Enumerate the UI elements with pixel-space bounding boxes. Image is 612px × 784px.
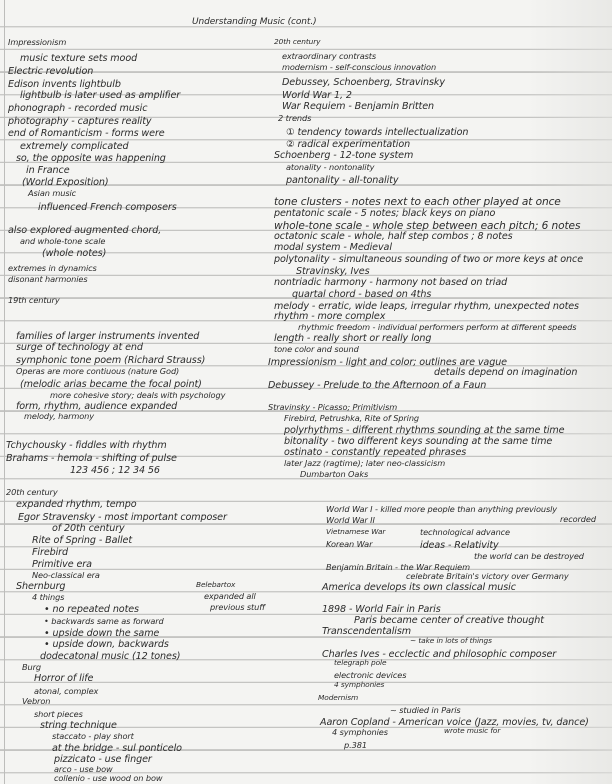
note-line: wrote music for bbox=[444, 726, 500, 735]
note-line: bitonality - two different keys sounding… bbox=[284, 436, 552, 447]
note-line: 4 symphonies bbox=[332, 727, 388, 737]
note-line: Edison invents lightbulb bbox=[8, 79, 121, 90]
note-line: photography - captures reality bbox=[8, 116, 151, 127]
note-line: • backwards same as forward bbox=[44, 616, 164, 626]
note-line: nontriadic harmony - harmony not based o… bbox=[274, 277, 507, 288]
note-line: pantonality - all-tonality bbox=[286, 175, 398, 186]
note-line: length - really short or really long bbox=[274, 333, 431, 344]
note-line: dodecatonal music (12 tones) bbox=[40, 651, 180, 662]
note-line: Modernism bbox=[318, 693, 358, 702]
note-line: • upside down, backwards bbox=[44, 639, 169, 650]
note-line: short pieces bbox=[34, 709, 83, 719]
note-line: Firebird bbox=[32, 547, 68, 558]
note-line: 1898 - World Fair in Paris bbox=[322, 604, 441, 615]
note-line: World War I - killed more people than an… bbox=[326, 504, 557, 514]
note-line: of 20th century bbox=[52, 523, 125, 534]
note-line: Dumbarton Oaks bbox=[300, 469, 368, 479]
note-line: Korean War bbox=[326, 539, 372, 549]
note-line: polyrhythms - different rhythms sounding… bbox=[284, 425, 564, 436]
note-line: collenio - use wood on bow bbox=[54, 773, 162, 783]
note-line: (World Exposition) bbox=[22, 177, 109, 188]
note-line: Tchychousky - fiddles with rhythm bbox=[6, 440, 167, 451]
note-line: 2 trends bbox=[278, 113, 311, 123]
note-line: Primitive era bbox=[32, 559, 92, 570]
note-line: modernism - self-conscious innovation bbox=[282, 62, 436, 72]
note-line: Transcendentalism bbox=[322, 626, 411, 637]
note-line: later Jazz (ragtime); later neo-classici… bbox=[284, 458, 445, 468]
note-line: tone color and sound bbox=[274, 344, 359, 354]
note-line: pentatonic scale - 5 notes; black keys o… bbox=[274, 208, 495, 219]
note-line: Vebron bbox=[22, 696, 50, 706]
note-line: p.381 bbox=[344, 740, 367, 750]
note-line: disonant harmonies bbox=[8, 274, 87, 284]
note-line: 20th century bbox=[274, 37, 320, 46]
note-line: melody, harmony bbox=[24, 411, 94, 421]
note-line: Stravinsky - Picasso; Primitivism bbox=[268, 402, 397, 412]
page-title: Understanding Music (cont.) bbox=[192, 17, 317, 27]
note-line: 4 symphonies bbox=[334, 680, 384, 689]
note-line: Egor Stravensky - most important compose… bbox=[18, 512, 227, 523]
note-line: Debussey - Prelude to the Afternoon of a… bbox=[268, 380, 486, 391]
note-line: families of larger instruments invented bbox=[16, 331, 199, 342]
note-line: recorded bbox=[560, 514, 596, 524]
note-line: telegraph pole bbox=[334, 658, 386, 667]
note-line: Paris became center of creative thought bbox=[354, 615, 544, 626]
note-line: Horror of life bbox=[34, 673, 93, 684]
note-line: Firebird, Petrushka, Rite of Spring bbox=[284, 413, 419, 423]
note-line: 19th century bbox=[8, 295, 60, 305]
note-line: 20th century bbox=[6, 487, 58, 497]
note-line: ~ studied in Paris bbox=[390, 705, 461, 715]
side-note-line: Belebartox bbox=[196, 580, 235, 589]
margin-line bbox=[4, 0, 5, 784]
note-line: extremes in dynamics bbox=[8, 263, 97, 273]
note-line: quartal chord - based on 4ths bbox=[292, 289, 431, 300]
note-line: atonal, complex bbox=[34, 686, 98, 696]
note-line: modal system - Medieval bbox=[274, 242, 392, 253]
note-line: end of Romanticism - forms were bbox=[8, 128, 165, 139]
note-line: (melodic arias became the focal point) bbox=[20, 379, 202, 390]
note-line: octatonic scale - whole, half step combo… bbox=[274, 231, 513, 242]
note-line: atonality - nontonality bbox=[286, 162, 374, 172]
note-line: Shernburg bbox=[16, 581, 65, 592]
side-note-line: expanded all bbox=[204, 591, 256, 601]
note-line: more cohesive story; deals with psycholo… bbox=[50, 390, 225, 400]
note-line: Rite of Spring - Ballet bbox=[32, 535, 132, 546]
note-line: War Requiem - Benjamin Britten bbox=[282, 101, 434, 112]
note-line: World War II bbox=[326, 515, 375, 525]
note-line: polytonality - simultaneous sounding of … bbox=[274, 254, 583, 265]
note-line: (whole notes) bbox=[42, 248, 106, 259]
note-line: technological advance bbox=[420, 527, 510, 537]
side-note-line: previous stuff bbox=[210, 602, 265, 612]
note-line: ② radical experimentation bbox=[286, 139, 410, 150]
note-line: details depend on imagination bbox=[434, 367, 577, 378]
notebook-page: Understanding Music (cont.) Impressionis… bbox=[0, 0, 612, 784]
note-line: also explored augmented chord, bbox=[8, 225, 161, 236]
note-line: Schoenberg - 12-tone system bbox=[274, 150, 413, 161]
note-line: music texture sets mood bbox=[20, 53, 137, 64]
note-line: expanded rhythm, tempo bbox=[16, 499, 137, 510]
note-line: rhythm - more complex bbox=[274, 311, 385, 322]
note-line: Vietnamese War bbox=[326, 527, 385, 536]
note-line: symphonic tone poem (Richard Strauss) bbox=[16, 355, 205, 366]
note-line: electronic devices bbox=[334, 670, 406, 680]
note-line: 4 things bbox=[32, 592, 64, 602]
note-line: Neo-classical era bbox=[32, 570, 100, 580]
note-line: so, the opposite was happening bbox=[16, 153, 166, 164]
note-line: Stravinsky, Ives bbox=[296, 266, 370, 277]
note-line: Operas are more contiuous (nature God) bbox=[16, 366, 179, 376]
note-line: tone clusters - notes next to each other… bbox=[274, 196, 561, 208]
note-line: string technique bbox=[40, 720, 117, 731]
note-line: the world can be destroyed bbox=[474, 551, 584, 561]
note-line: ① tendency towards intellectualization bbox=[286, 127, 468, 138]
note-line: extremely complicated bbox=[20, 141, 129, 152]
note-line: Electric revolution bbox=[8, 66, 93, 77]
note-line: 123 456 ; 12 34 56 bbox=[70, 465, 160, 476]
note-line: Asian music bbox=[28, 188, 76, 198]
note-line: ideas - Relativity bbox=[420, 540, 499, 551]
note-line: in France bbox=[26, 165, 70, 176]
note-line: • no repeated notes bbox=[44, 604, 139, 615]
note-line: influenced French composers bbox=[38, 202, 177, 213]
note-line: surge of technology at end bbox=[16, 342, 143, 353]
note-line: phonograph - recorded music bbox=[8, 103, 147, 114]
note-line: Impressionism bbox=[8, 37, 66, 47]
note-line: ~ take in lots of things bbox=[410, 636, 492, 645]
note-line: staccato - play short bbox=[52, 731, 134, 741]
note-line: ostinato - constantly repeated phrases bbox=[284, 447, 466, 458]
note-line: America develops its own classical music bbox=[322, 582, 516, 593]
note-line: • upside down the same bbox=[44, 628, 159, 639]
note-line: celebrate Britain's victory over Germany bbox=[406, 571, 569, 581]
note-line: extraordinary contrasts bbox=[282, 51, 376, 61]
note-line: rhythmic freedom - individual performers… bbox=[298, 322, 576, 332]
note-line: World War 1, 2 bbox=[282, 90, 352, 101]
note-line: lightbulb is later used as amplifier bbox=[20, 90, 180, 101]
note-line: Brahams - hemola - shifting of pulse bbox=[6, 453, 177, 464]
note-line: at the bridge - sul ponticelo bbox=[52, 743, 182, 754]
note-line: and whole-tone scale bbox=[20, 236, 105, 246]
note-line: Burg bbox=[22, 662, 41, 672]
note-line: Debussey, Schoenberg, Stravinsky bbox=[282, 77, 445, 88]
